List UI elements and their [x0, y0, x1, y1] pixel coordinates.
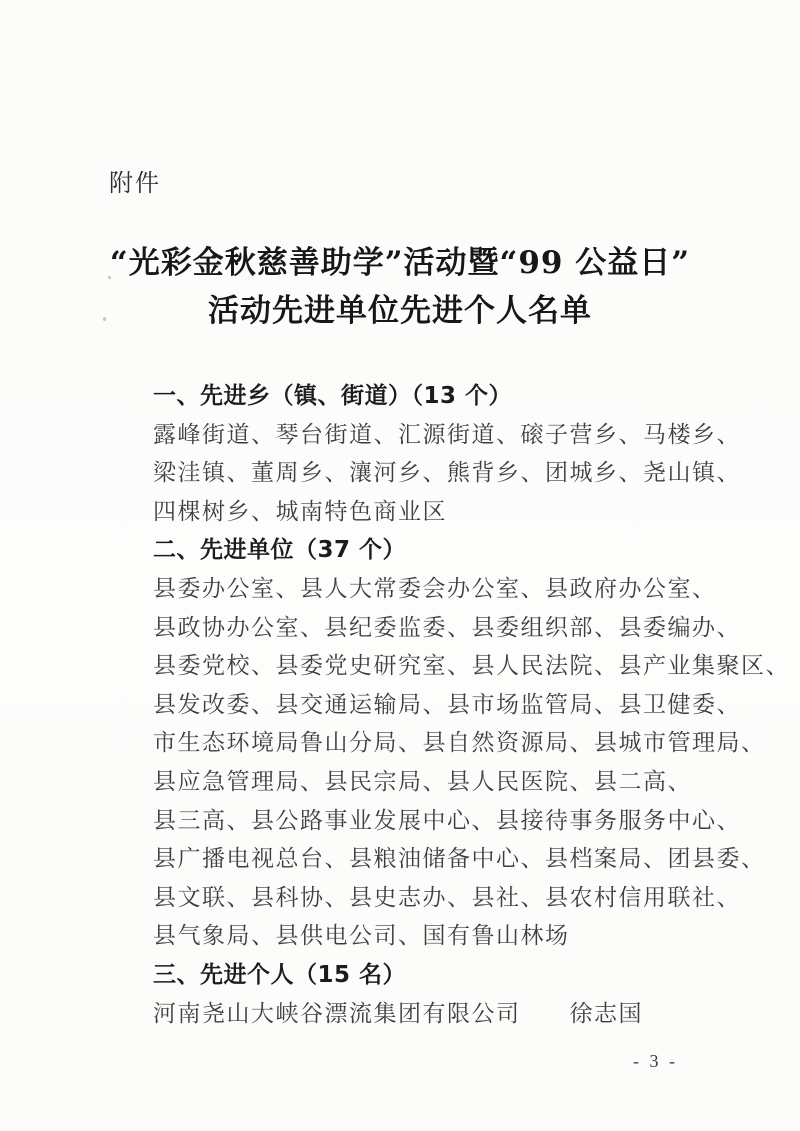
scan-speck [108, 276, 111, 279]
text-line: 县气象局、县供电公司、国有鲁山林场 [153, 917, 698, 956]
text-line: 市生态环境局鲁山分局、县自然资源局、县城市管理局、 [153, 724, 698, 763]
text-line: 县委办公室、县人大常委会办公室、县政府办公室、 [153, 570, 698, 609]
text-line: 县应急管理局、县民宗局、县人民医院、县二高、 [153, 763, 698, 802]
text-line: 县文联、县科协、县史志办、县社、县农村信用联社、 [153, 879, 698, 918]
doc-body: 一、先进乡（镇、街道）（13 个） 露峰街道、琴台街道、汇源街道、磙子营乡、马楼… [153, 377, 698, 1033]
attachment-label: 附件 [109, 163, 161, 198]
scan-speck [103, 317, 106, 321]
text-line: 河南尧山大峡谷漂流集团有限公司 徐志国 [153, 995, 698, 1034]
page-number: - 3 - [633, 1051, 678, 1072]
text-line: 县发改委、县交通运输局、县市场监管局、县卫健委、 [153, 686, 698, 725]
text-line: 县政协办公室、县纪委监委、县委组织部、县委编办、 [153, 609, 698, 648]
section-2-heading: 二、先进单位（37 个） [153, 531, 698, 570]
section-3-heading: 三、先进个人（15 名） [153, 956, 698, 995]
text-line: 梁洼镇、董周乡、瀼河乡、熊背乡、团城乡、尧山镇、 [153, 454, 698, 493]
text-line: 县委党校、县委党史研究室、县人民法院、县产业集聚区、 [153, 647, 698, 686]
document-page: 附件 “光彩金秋慈善助学”活动暨“99 公益日” 活动先进单位先进个人名单 一、… [0, 0, 800, 1131]
doc-title: “光彩金秋慈善助学”活动暨“99 公益日” 活动先进单位先进个人名单 [0, 239, 800, 335]
section-1-heading: 一、先进乡（镇、街道）（13 个） [153, 377, 698, 416]
text-line: 县三高、县公路事业发展中心、县接待事务服务中心、 [153, 802, 698, 841]
doc-title-line1: “光彩金秋慈善助学”活动暨“99 公益日” [0, 239, 800, 287]
text-line: 四棵树乡、城南特色商业区 [153, 493, 698, 532]
text-line: 露峰街道、琴台街道、汇源街道、磙子营乡、马楼乡、 [153, 416, 698, 455]
text-line: 县广播电视总台、县粮油储备中心、县档案局、团县委、 [153, 840, 698, 879]
doc-title-line2: 活动先进单位先进个人名单 [0, 287, 800, 335]
